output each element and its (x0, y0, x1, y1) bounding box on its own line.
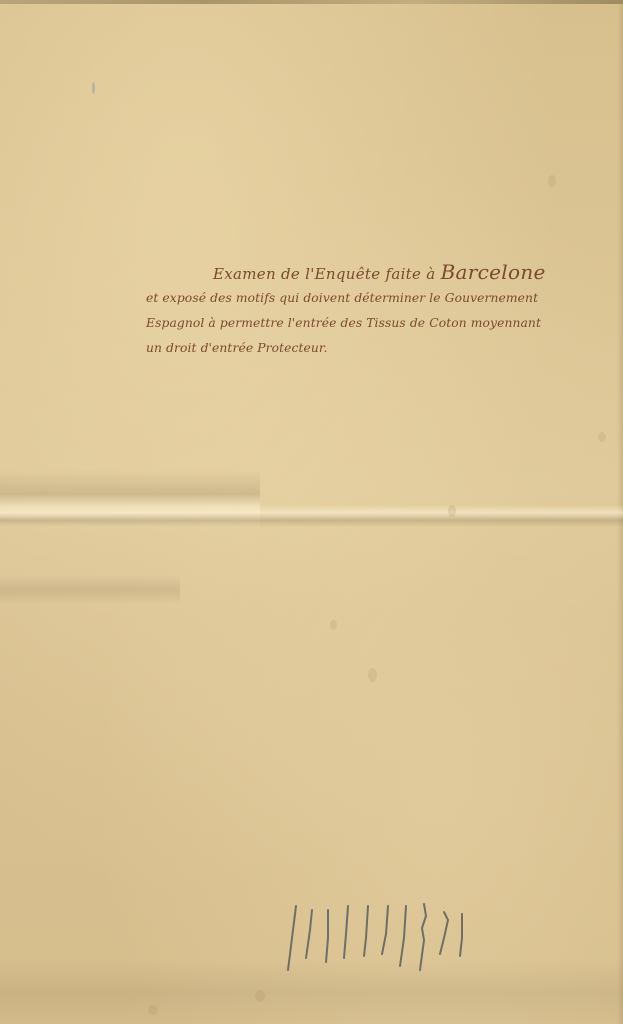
paper-crease (0, 575, 180, 605)
manuscript-page: Examen de l'Enquête faite à Barcelone et… (0, 0, 623, 1024)
foxing-spot (548, 175, 556, 187)
horizontal-fold (0, 505, 623, 527)
pencil-tally-marks (284, 898, 494, 978)
ink-mark (92, 82, 95, 94)
title-city: Barcelone (441, 260, 546, 284)
foxing-spot (330, 620, 337, 630)
document-title: Examen de l'Enquête faite à Barcelone (213, 262, 546, 282)
foxing-spot (368, 668, 377, 682)
text-line-1: et exposé des motifs qui doivent détermi… (146, 292, 538, 304)
text-line-3: un droit d'entrée Protecteur. (146, 342, 328, 354)
foxing-spot (255, 990, 265, 1002)
text-line-2: Espagnol à permettre l'entrée des Tissus… (146, 317, 541, 329)
foxing-spot (448, 505, 456, 517)
foxing-spot (148, 1005, 158, 1015)
foxing-spot (598, 432, 606, 442)
torn-top-edge (0, 0, 623, 4)
title-text: Examen de l'Enquête faite à (213, 265, 435, 283)
